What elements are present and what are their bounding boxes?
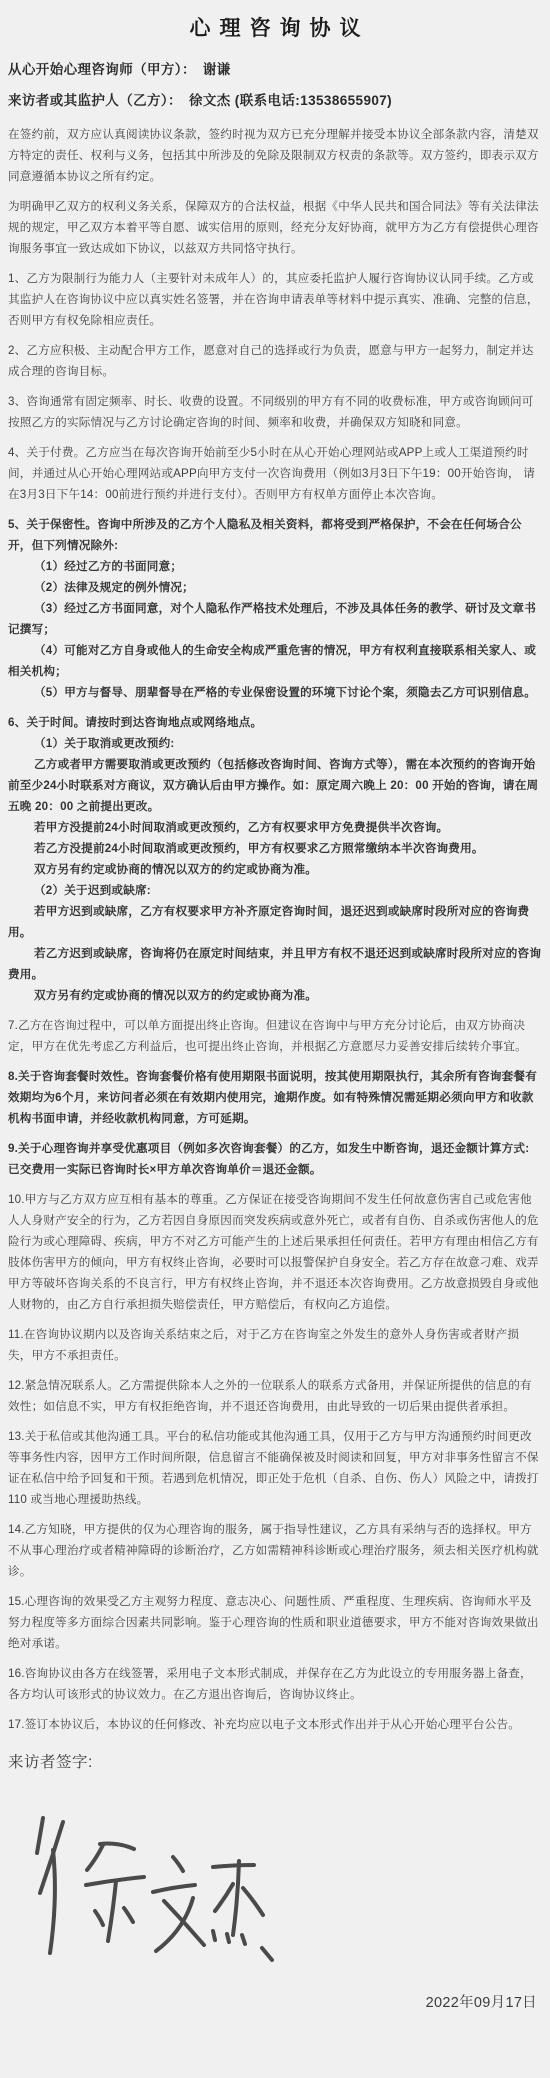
signature-stroke xyxy=(233,1861,239,1935)
signature-date: 2022年09月17日 xyxy=(426,1991,537,2012)
signature-stroke xyxy=(227,1934,229,1942)
agreement-paragraph: 6、关于时间。请按时到达咨询地点或网络地点。 xyxy=(8,712,542,733)
agreement-paragraph: 7.乙方在咨询过程中，可以单方面提出终止咨询。但建议在咨询中与甲方充分讨论后，由… xyxy=(8,1015,542,1057)
agreement-paragraph: （2）关于迟到或缺席: xyxy=(8,880,542,901)
agreement-paragraph: 15.心理咨询的效果受乙方主观努力程度、意志决心、问题性质、严重程度、生理疾病、… xyxy=(8,1591,542,1654)
signature-stroke xyxy=(40,1822,63,1893)
party-a-label: 从心开始心理咨询师（甲方）： xyxy=(8,62,196,77)
signature-stroke xyxy=(242,1935,245,1944)
agreement-paragraph: 16.咨询协议由各方在线签署，采用电子文本形式制成，并保存在乙方为此设立的专用服… xyxy=(8,1663,542,1705)
agreement-paragraph: 13.关于私信或其他沟通工具。平台的私信功能或其他沟通工具，仅用于乙方与甲方沟通… xyxy=(8,1426,542,1510)
signature-stroke xyxy=(243,1888,263,1915)
signature-stroke xyxy=(108,1881,116,1941)
agreement-paragraph: 若甲方没提前24小时间取消或更改预约，乙方有权要求甲方免费提供半次咨询。 xyxy=(8,817,542,838)
agreement-paragraph: 在签约前，双方应认真阅读协议条款，签约时视为双方已充分理解并接受本协议全部条款内… xyxy=(8,124,542,187)
agreement-page: { "document": { "title": "心理咨询协议", "part… xyxy=(0,0,550,2078)
agreement-paragraph: 8.关于咨询套餐时效性。咨询套餐价格有使用期限书面说明，按其使用期限执行，其余所… xyxy=(8,1066,542,1129)
signature-stroke xyxy=(37,1818,43,1853)
signature-stroke xyxy=(124,1908,133,1922)
party-b-label: 来访者或其监护人（乙方）： xyxy=(8,93,182,108)
agreement-paragraph: （2）法律及规定的例外情况； xyxy=(8,577,542,598)
agreement-paragraph: 9.关于心理咨询并享受优惠项目（例如多次咨询套餐）的乙方，如发生中断咨询，退还金… xyxy=(8,1138,542,1180)
document-title: 心理咨询协议 xyxy=(8,12,542,42)
party-b-line: 来访者或其监护人（乙方）：徐文杰 (联系电话:13538655907) xyxy=(8,91,542,110)
agreement-paragraph: 3、咨询通常有固定频率、时长、收费的设置。不同级别的甲方有不同的收费标准，甲方或… xyxy=(8,391,542,433)
signature-stroke xyxy=(153,1885,195,1892)
party-a-line: 从心开始心理咨询师（甲方）：谢谦 xyxy=(8,60,542,79)
agreement-paragraph: 若甲方迟到或缺席，乙方有权要求甲方补齐原定咨询时间，退还迟到或缺席时段所对应的咨… xyxy=(8,901,542,943)
agreement-paragraph: 乙方或者甲方需要取消或更改预约（包括修改咨询时间、咨询方式等），需在本次预约的咨… xyxy=(8,754,542,817)
signature-stroke xyxy=(213,1865,254,1867)
agreement-paragraph: 为明确甲乙双方的权利义务关系，保障双方的合法权益，根据《中华人民共和国合同法》等… xyxy=(8,196,542,259)
signature-stroke xyxy=(87,1845,103,1870)
agreement-paragraph: （1）经过乙方的书面同意； xyxy=(8,556,542,577)
agreement-paragraph: 14.乙方知晓，甲方提供的仅为心理咨询的服务，属于指导性建议，乙方具有采纳与否的… xyxy=(8,1519,542,1582)
agreement-paragraph: 若乙方没提前24小时间取消或更改预约，甲方有权要求乙方照常缴纳本半次咨询费用。 xyxy=(8,838,542,859)
signature-stroke xyxy=(215,1884,233,1911)
agreement-paragraph: 5、关于保密性。咨询中所涉及的乙方个人隐私及相关资料，都将受到严格保护，不会在任… xyxy=(8,514,542,556)
agreement-paragraph: （1）关于取消或更改预约: xyxy=(8,733,542,754)
signature-stroke xyxy=(100,1844,134,1849)
agreement-paragraph: （3）经过乙方书面同意，对个人隐私作严格技术处理后，不涉及具体任务的教学、研讨及… xyxy=(8,598,542,640)
agreement-paragraph: 若乙方迟到或缺席，咨询将仍在原定时间结束，并且甲方有权不退还迟到或缺席时段所对应… xyxy=(8,943,542,985)
agreement-paragraph: 1、乙方为限制行为能力人（主要针对未成年人）的，其应委托监护人履行咨询协议认同手… xyxy=(8,268,542,331)
agreement-paragraph: （4）可能对乙方自身或他人的生命安全构成严重危害的情况，甲方有权利直接联系相关家… xyxy=(8,640,542,682)
visitor-signature-label: 来访者签字: xyxy=(8,1750,93,1772)
agreement-paragraph: 2、乙方应积极、主动配合甲方工作，愿意对自己的选择或行为负责，愿意与甲方一起努力… xyxy=(8,340,542,382)
agreement-paragraph: 17.签订本协议后，本协议的任何修改、补充均应以电子文本形式作出并于从心开始心理… xyxy=(8,1714,542,1735)
signature-stroke xyxy=(262,1948,272,1960)
agreement-paragraph: 4、关于付费。乙方应当在每次咨询开始前至少5小时在从心开始心理网站或APP上或人… xyxy=(8,442,542,505)
agreement-paragraph: 双方另有约定或协商的情况以双方的约定或协商为准。 xyxy=(8,859,542,880)
party-b-name: 徐文杰 (联系电话:13538655907) xyxy=(189,93,392,108)
agreement-paragraph: 双方另有约定或协商的情况以双方的约定或协商为准。 xyxy=(8,985,542,1006)
party-a-name: 谢谦 xyxy=(203,62,231,77)
agreement-paragraph: 12.紧急情况联系人。乙方需提供除本人之外的一位联系人的联系方式备用，并保证所提… xyxy=(8,1375,542,1417)
signature-stroke xyxy=(213,1931,215,1940)
signature-stroke xyxy=(173,1857,183,1871)
agreement-paragraph: 11.在咨询协议期内以及咨询关系结束之后，对于乙方在咨询室之外发生的意外人身伤害… xyxy=(8,1324,542,1366)
agreement-paragraph: 10.甲方与乙方双方应互相有基本的尊重。乙方保证在接受咨询期间不发生任何故意伤害… xyxy=(8,1189,542,1315)
agreement-paragraph: （5）甲方与督导、朋辈督导在严格的专业保密设置的环境下讨论个案，须隐去乙方可识别… xyxy=(8,682,542,703)
signature-stroke xyxy=(95,1911,103,1925)
agreement-body: 在签约前，双方应认真阅读协议条款，签约时视为双方已充分理解并接受本协议全部条款内… xyxy=(8,124,542,1735)
signature-drawing xyxy=(22,1803,307,1973)
agreement-document: 心理咨询协议 从心开始心理咨询师（甲方）：谢谦 来访者或其监护人（乙方）：徐文杰… xyxy=(0,0,550,1735)
